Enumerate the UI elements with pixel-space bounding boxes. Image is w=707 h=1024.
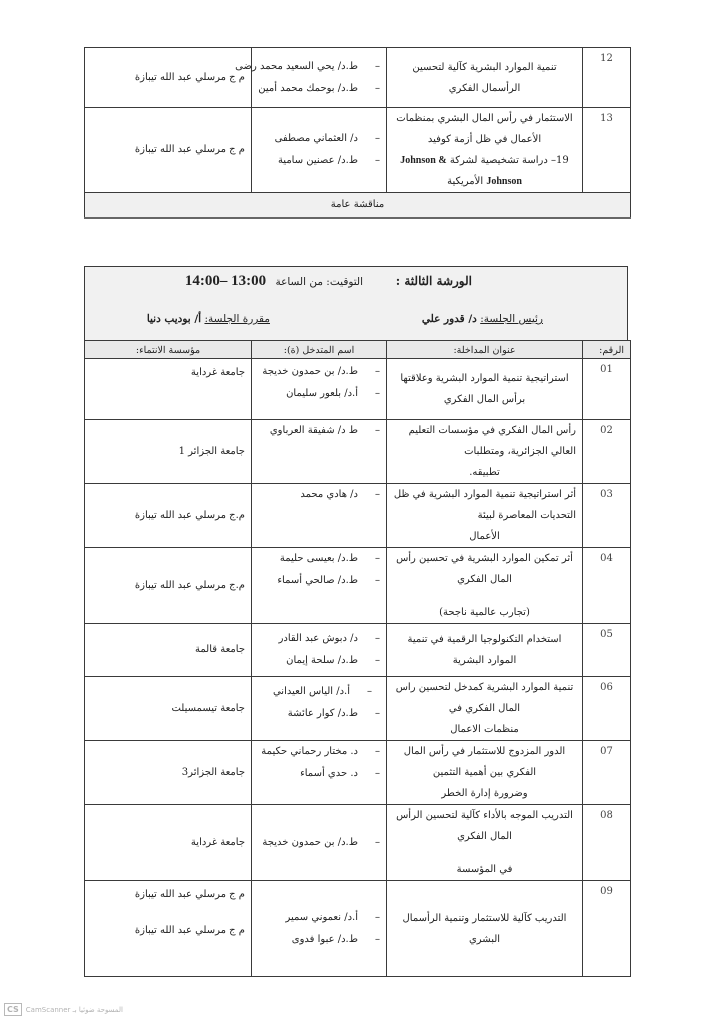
paper-title: تنمية الموارد البشرية كآلية لتحسين الرأس… <box>387 48 583 108</box>
session-header: الورشة الثالثة : التوقيت: من الساعة 13:0… <box>84 266 628 341</box>
speakers-cell: –د/ العثماني مصطفى –ط.د/ عصنين سامية <box>252 108 387 193</box>
rapporteur-name: أ/ بوديب دنيا <box>147 313 201 325</box>
table-row: 08 التدريب الموجه بالأداء كآلية لتحسين ا… <box>85 805 631 881</box>
column-header-speakers: اسم المتدخل (ة): <box>252 341 387 359</box>
column-header-institution: مؤسسة الانتماء: <box>85 341 252 359</box>
speakers-cell: –د. مختار رحماني حكيمة –د. حدي أسماء <box>252 741 387 805</box>
table-row: 07 الدور المزدوج للاستثمار في رأس المال … <box>85 741 631 805</box>
paper-title: التدريب الموجه بالأداء كآلية لتحسين الرأ… <box>387 805 583 881</box>
institution-cell: جامعة الجزائر 1 <box>85 420 252 484</box>
table-row: 04 أثر تمكين الموارد البشرية في تحسين رأ… <box>85 548 631 624</box>
paper-title: الاستثمار في رأس المال البشري بمنظمات ال… <box>387 108 583 193</box>
workshop-timing: الورشة الثالثة : التوقيت: من الساعة 13:0… <box>185 273 472 290</box>
chair-label: رئيس الجلسة: <box>480 313 543 325</box>
speakers-cell: –د/ دبوش عبد القادر –ط.د/ سلحة إيمان <box>252 624 387 677</box>
speakers-cell: –أ.د/ نعموني سمير –ط.د/ عبوا فدوى <box>252 881 387 977</box>
row-number: 09 <box>583 881 631 977</box>
time-range: 13:00 –14:00 <box>185 273 266 289</box>
row-number: 13 <box>583 108 631 193</box>
session-rapporteur: مقررة الجلسة: أ/ بوديب دنيا <box>147 313 270 325</box>
table-row: 13 الاستثمار في رأس المال البشري بمنظمات… <box>85 108 631 193</box>
table-row: 01 استراتيجية تنمية الموارد البشرية وعلا… <box>85 359 631 420</box>
row-number: 02 <box>583 420 631 484</box>
program-table: الرقم: عنوان المداخلة: اسم المتدخل (ة): … <box>84 340 631 977</box>
speaker: –ط.د/ بوحمك محمد أمين <box>258 78 380 100</box>
chair-name: د/ قدور علي <box>422 313 477 325</box>
paper-title: رأس المال الفكري في مؤسسات التعليم العال… <box>387 420 583 484</box>
institution-cell: م ج مرسلي عبد الله تيبازة م ج مرسلي عبد … <box>85 881 252 977</box>
institution-cell: جامعة تيسمسيلت <box>85 677 252 741</box>
paper-title: تنمية الموارد البشرية كمدخل لتحسين راس ا… <box>387 677 583 741</box>
speaker: –ط.د/ يحي السعيد محمد رضى <box>258 56 380 78</box>
institution-cell: م ج مرسلي عبد الله تيبازة <box>85 48 252 108</box>
speakers-cell: –أ.د/ الياس العيداني –ط.د/ كوار عائشة <box>252 677 387 741</box>
row-number: 07 <box>583 741 631 805</box>
paper-title: استراتيجية تنمية الموارد البشرية وعلاقته… <box>387 359 583 420</box>
row-number: 12 <box>583 48 631 108</box>
column-header-title: عنوان المداخلة: <box>387 341 583 359</box>
timing-label: التوقيت: من الساعة <box>275 276 363 288</box>
row-number: 04 <box>583 548 631 624</box>
column-header-num: الرقم: <box>583 341 631 359</box>
speakers-cell: –د/ هادي محمد <box>252 484 387 548</box>
speakers-cell: –ط.د/ بن حمدون خديجة –أ.د/ بلعور سليمان <box>252 359 387 420</box>
institution-cell: م ج مرسلي عبد الله تيبازة <box>85 108 252 193</box>
table-row: 06 تنمية الموارد البشرية كمدخل لتحسين را… <box>85 677 631 741</box>
top-program-table: 12 تنمية الموارد البشرية كآلية لتحسين ال… <box>84 47 631 219</box>
speakers-cell: –ط د/ شفيقة العرباوي <box>252 420 387 484</box>
speakers-cell: –ط.د/ بن حمدون خديجة <box>252 805 387 881</box>
workshop-label: الورشة الثالثة : <box>396 274 472 288</box>
watermark-text: CamScanner المسوحة ضوئيا بـ <box>26 1006 123 1014</box>
institution-cell: م.ج مرسلي عبد الله تيبازة <box>85 484 252 548</box>
table-row: 09 التدريب كآلية للاستثمار وتنمية الرأسم… <box>85 881 631 977</box>
speaker: –د/ العثماني مصطفى <box>258 128 380 150</box>
institution-cell: جامعة قالمة <box>85 624 252 677</box>
institution-cell: جامعة غرداية <box>85 359 252 420</box>
speaker: –ط.د/ عصنين سامية <box>258 150 380 172</box>
paper-title: التدريب كآلية للاستثمار وتنمية الرأسمال … <box>387 881 583 977</box>
institution-cell: جامعة غرداية <box>85 805 252 881</box>
paper-title: استخدام التكنولوجيا الرقمية في تنمية الم… <box>387 624 583 677</box>
camscanner-logo-icon: CS <box>4 1003 22 1016</box>
row-number: 01 <box>583 359 631 420</box>
institution-cell: م.ج مرسلي عبد الله تيبازة <box>85 548 252 624</box>
row-number: 06 <box>583 677 631 741</box>
institution-cell: جامعة الجزائر3 <box>85 741 252 805</box>
table-row: 05 استخدام التكنولوجيا الرقمية في تنمية … <box>85 624 631 677</box>
speakers-cell: –ط.د/ بعيسى حليمة –ط.د/ صالحي أسماء <box>252 548 387 624</box>
session-chair: رئيس الجلسة: د/ قدور علي <box>422 313 543 325</box>
table-row: 12 تنمية الموارد البشرية كآلية لتحسين ال… <box>85 48 631 108</box>
row-number: 05 <box>583 624 631 677</box>
paper-title: أثر تمكين الموارد البشرية في تحسين رأس ا… <box>387 548 583 624</box>
rapporteur-label: مقررة الجلسة: <box>204 313 270 325</box>
table-row: 02 رأس المال الفكري في مؤسسات التعليم ال… <box>85 420 631 484</box>
table-row: 03 أثر استراتيجية تنمية الموارد البشرية … <box>85 484 631 548</box>
table-header-row: الرقم: عنوان المداخلة: اسم المتدخل (ة): … <box>85 341 631 359</box>
row-number: 03 <box>583 484 631 548</box>
row-number: 08 <box>583 805 631 881</box>
camscanner-watermark: CS CamScanner المسوحة ضوئيا بـ <box>4 1003 123 1016</box>
general-discussion: مناقشة عامة <box>85 193 631 218</box>
speakers-cell: –ط.د/ يحي السعيد محمد رضى –ط.د/ بوحمك مح… <box>252 48 387 108</box>
general-discussion-row: مناقشة عامة <box>85 193 631 218</box>
paper-title: أثر استراتيجية تنمية الموارد البشرية في … <box>387 484 583 548</box>
paper-title: الدور المزدوج للاستثمار في رأس المال الف… <box>387 741 583 805</box>
